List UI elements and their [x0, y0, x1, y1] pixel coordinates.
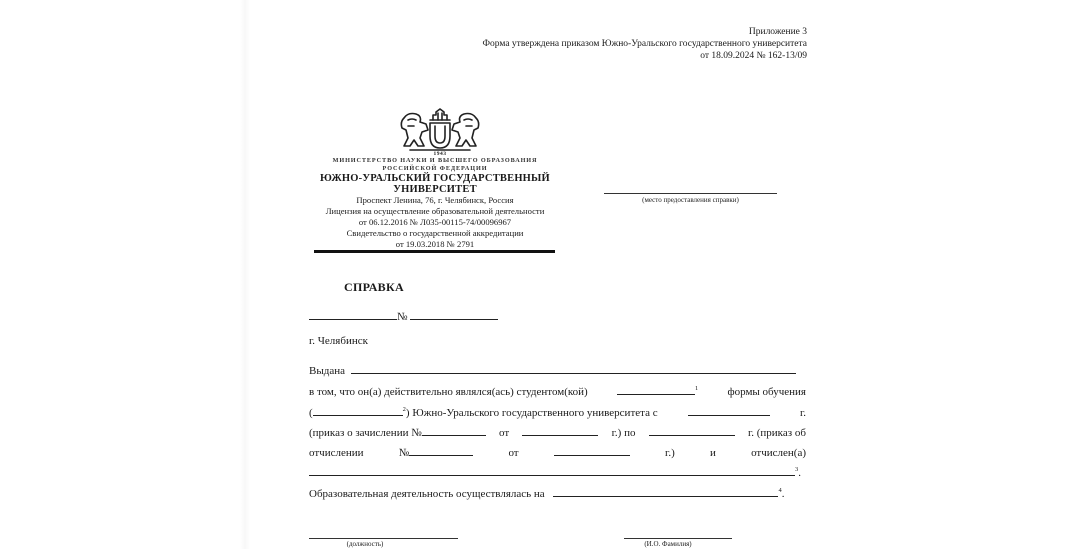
enrollment-order-number-field[interactable] — [422, 424, 486, 436]
start-date-field[interactable] — [688, 404, 770, 416]
issue-date-field[interactable] — [309, 308, 397, 320]
license-line-2: от 06.12.2016 № Л035-00115-74/00096967 — [310, 217, 560, 228]
date-number-row: № — [309, 308, 498, 323]
susu-emblem-lions-icon — [400, 108, 480, 156]
position-signature-field[interactable] — [309, 538, 458, 539]
university-name-line-2: УНИВЕРСИТЕТ — [310, 184, 560, 195]
accreditation-line-1: Свидетельство о государственной аккредит… — [310, 228, 560, 239]
education-language-row: Образовательная деятельность осуществлял… — [309, 485, 806, 499]
page-edge-shadow — [240, 0, 250, 549]
document-title: СПРАВКА — [344, 280, 404, 295]
enrollment-order-date-field[interactable] — [522, 424, 598, 436]
place-of-submission-caption: (место предоставления справки) — [604, 196, 777, 204]
expulsion-label: отчислении — [309, 447, 364, 459]
expulsion-reason-row: 3. — [309, 464, 806, 478]
issued-to-label: Выдана — [309, 365, 345, 377]
study-mode-field[interactable] — [313, 404, 403, 416]
appendix-header: Приложение 3 Форма утверждена приказом Ю… — [483, 26, 807, 62]
enrollment-order-row: (приказ о зачислении № от г.) по г. (при… — [309, 424, 806, 438]
order-reference: от 18.09.2024 № 162-13/09 — [483, 50, 807, 62]
issued-to-row: Выдана — [309, 362, 806, 376]
accreditation-line-2: от 19.03.2018 № 2791 — [310, 239, 560, 250]
form-approval-text: Форма утверждена приказом Южно-Уральског… — [483, 38, 807, 50]
number-sign: № — [397, 311, 408, 323]
study-form-row: в том, что он(а) действительно являлся(а… — [309, 383, 806, 397]
study-form-tail: формы обучения — [727, 386, 806, 398]
university-address: Проспект Ленина, 76, г. Челябинск, Росси… — [310, 195, 560, 206]
expulsion-order-row: отчислении № от г.) и отчислен(а) — [309, 444, 806, 458]
education-activity-label: Образовательная деятельность осуществлял… — [309, 488, 545, 500]
city-label: г. Челябинск — [309, 335, 368, 347]
number-sign-2: № — [399, 447, 410, 459]
expulsion-from-label: от — [508, 447, 518, 459]
license-line-1: Лицензия на осуществление образовательно… — [310, 206, 560, 217]
enrollment-from-label: от — [499, 427, 509, 439]
place-of-submission-field[interactable] — [604, 193, 777, 194]
appendix-label: Приложение 3 — [483, 26, 807, 38]
period: . — [798, 467, 801, 479]
name-signature-field[interactable] — [624, 538, 732, 539]
education-language-field[interactable] — [553, 485, 778, 497]
year-abbr: г. — [800, 407, 806, 419]
expulsion-order-number-field[interactable] — [409, 444, 473, 456]
to-label: г.) по — [612, 427, 636, 439]
expelled-label: отчислен(а) — [751, 447, 806, 459]
footnote-1: 1 — [695, 385, 698, 392]
certificate-number-field[interactable] — [410, 308, 498, 320]
letterhead-block: МИНИСТЕРСТВО НАУКИ И ВЫСШЕГО ОБРАЗОВАНИЯ… — [310, 157, 560, 250]
university-name-line-1: ЮЖНО-УРАЛЬСКИЙ ГОСУДАРСТВЕННЫЙ — [310, 173, 560, 184]
end-date-field[interactable] — [649, 424, 735, 436]
ministry-line-2: РОССИЙСКОЙ ФЕДЕРАЦИИ — [310, 165, 560, 173]
study-period-start-row: (2) Южно-Уральского государственного уни… — [309, 404, 806, 418]
ministry-line-1: МИНИСТЕРСТВО НАУКИ И ВЫСШЕГО ОБРАЗОВАНИЯ — [310, 157, 560, 165]
expulsion-order-date-field[interactable] — [554, 444, 630, 456]
issued-to-field[interactable] — [351, 362, 796, 374]
study-form-field[interactable] — [617, 383, 695, 395]
student-status-text: в том, что он(а) действительно являлся(а… — [309, 386, 588, 398]
and-label: и — [710, 447, 716, 459]
name-caption: (И.О. Фамилия) — [624, 540, 712, 548]
expulsion-reason-field[interactable] — [309, 464, 795, 476]
enrollment-order-label: (приказ о зачислении № — [309, 427, 422, 439]
letterhead-divider — [314, 250, 555, 253]
university-from-text: ) Южно-Уральского государственного униве… — [406, 407, 658, 419]
position-caption: (должность) — [309, 540, 421, 548]
expulsion-order-label: г. (приказ об — [748, 427, 806, 439]
period-2: . — [782, 488, 785, 500]
year-abbr-2: г.) — [665, 447, 675, 459]
